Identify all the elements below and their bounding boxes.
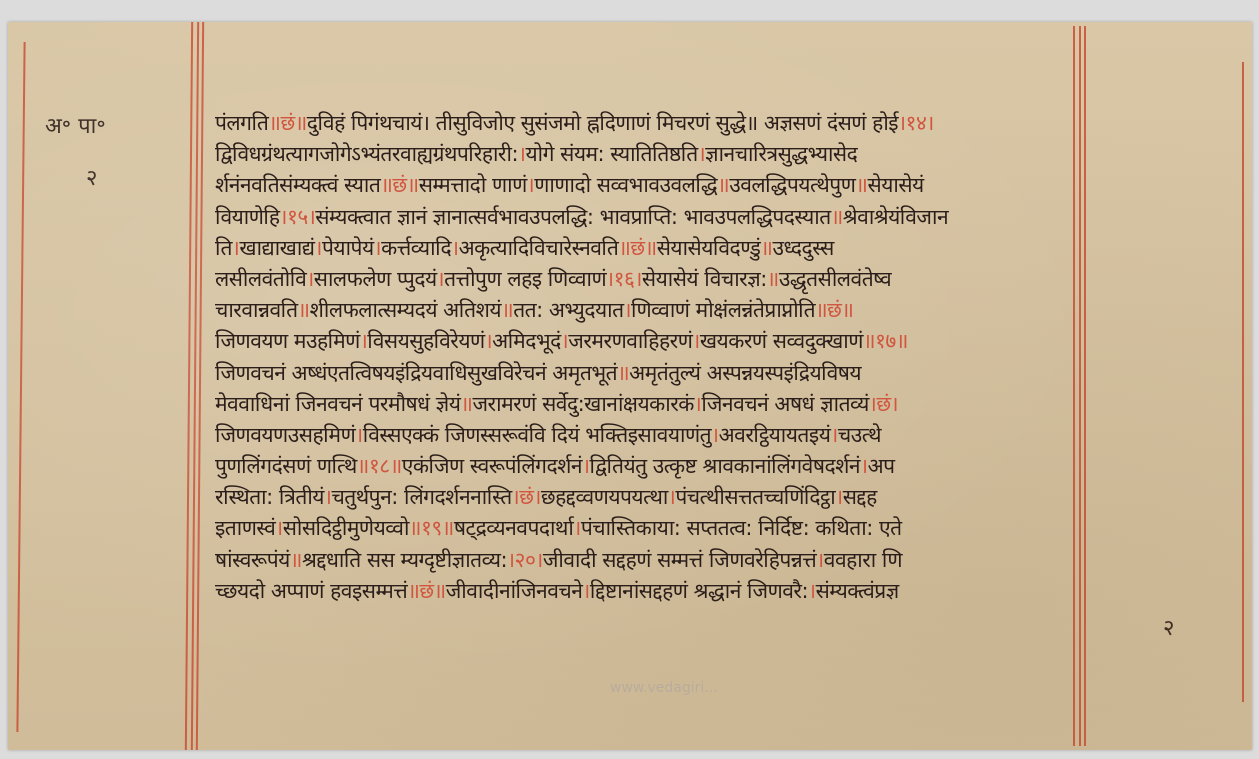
manuscript-line: र्शनंनवतिसंम्यक्त्वं स्यात॥छं॥सम्मत्तादो… <box>215 170 1080 201</box>
text-segment: पंचत्थीसत्ततच्चणिंदिट्ठा <box>675 485 835 509</box>
text-segment: छहद्दव्वणयपयत्था <box>541 485 668 509</box>
red-ink-segment: ।छं। <box>869 392 898 416</box>
text-segment: र्शनंनवतिसंम्यक्त्वं स्यात <box>215 173 380 197</box>
red-ink-segment: ॥छं॥ <box>815 298 853 322</box>
text-segment: जीवादीनांजिनवचने <box>446 579 583 603</box>
left-margin-folio-number: २ <box>86 162 97 192</box>
red-ink-segment: ॥१७॥ <box>863 329 908 353</box>
text-segment: विस्सएक्कं जिणस्सरूवंवि दियं भक्तिइसावया… <box>363 423 711 447</box>
text-segment: खाद्याखाद्यं <box>239 236 314 260</box>
text-segment: इताणस्वं <box>215 516 275 540</box>
text-segment: विसयसुहविरेयणं <box>367 329 484 353</box>
red-ink-segment: । <box>860 454 867 478</box>
text-segment: पेयापेयं <box>322 236 374 260</box>
text-segment: जिणवचनं अष्धंएतत्विषयइंद्रियवाधिसुखविरेच… <box>215 361 617 385</box>
text-segment: सद्दह <box>843 485 877 509</box>
text-segment: संम्यक्त्वंप्रज्ञ <box>816 579 899 603</box>
text-segment: वियाणेहि <box>215 205 280 229</box>
red-ink-segment: । <box>835 485 842 509</box>
text-segment: दुविहं पिगंथचायं। तीसुविजोए सुसंजमो ह्नद… <box>307 111 898 135</box>
text-segment: लसीलवंतोवि <box>215 267 306 291</box>
text-segment: उवलद्धिपयत्थेपुण <box>729 173 855 197</box>
text-segment: सेयासेयं विचारज्ञ: <box>642 267 767 291</box>
text-segment: श्रेवाश्रेयंविजान <box>843 205 948 229</box>
red-ink-segment: ॥ <box>717 173 729 197</box>
text-segment: चारवान्नवति <box>215 298 298 322</box>
red-ink-segment: ॥ <box>831 205 843 229</box>
manuscript-text-block: पंलगति॥छं॥दुविहं पिगंथचायं। तीसुविजोए सु… <box>215 108 1080 607</box>
red-ink-segment: । <box>518 142 525 166</box>
red-ink-segment: ।१४। <box>898 111 934 135</box>
text-segment: द्विविधग्रंथत्यागजोगेऽभ्यंतरवाह्यग्रंथपर… <box>215 142 518 166</box>
red-ink-segment: । <box>582 454 589 478</box>
outer-right-rule <box>1242 62 1244 702</box>
red-ink-segment: ॥ <box>760 236 772 260</box>
text-segment: एकंजिण स्वरूपंलिंगदर्शनं <box>402 454 582 478</box>
red-ink-segment: ॥ <box>617 361 629 385</box>
text-segment: अवरट्ठियायतइयं <box>719 423 831 447</box>
red-ink-segment: । <box>711 423 718 447</box>
text-segment: ववहारा णि <box>824 548 902 572</box>
red-ink-segment: ।१५। <box>280 205 316 229</box>
text-segment: उध्ददुस्स <box>773 236 834 260</box>
text-segment: श्रद्दधाति सस म्यग्दृष्टीज्ञातव्य: <box>302 548 507 572</box>
text-segment: ति <box>215 236 232 260</box>
text-segment: ज्ञानचारित्रसुद्धभ्यासेद <box>705 142 857 166</box>
text-segment: पुणलिंगदंसणं णत्थि <box>215 454 357 478</box>
text-segment: षट्द्रव्यनवपदार्था <box>454 516 573 540</box>
right-margin-folio-number: २ <box>1163 612 1174 642</box>
manuscript-line: चारवान्नवति॥शीलफलात्सम्यदयं अतिशयं॥तत: अ… <box>215 295 1080 326</box>
red-ink-segment: ॥ <box>501 298 513 322</box>
red-ink-segment: ॥१८॥ <box>357 454 402 478</box>
left-margin-abbrev: अ॰ पा॰ <box>45 110 106 140</box>
text-segment: अमृतंतुल्यं अस्पन्नयस्पइंद्रियविषय <box>629 361 861 385</box>
red-ink-segment: । <box>830 423 837 447</box>
text-segment: अमिदभूदं <box>492 329 561 353</box>
red-ink-segment: ।छं। <box>512 485 541 509</box>
red-ink-segment: । <box>692 329 699 353</box>
text-segment: उद्धृतसीलवंतेष्व <box>779 267 891 291</box>
manuscript-line: द्विविधग्रंथत्यागजोगेऽभ्यंतरवाह्यग्रंथपर… <box>215 139 1080 170</box>
red-ink-segment: ॥छं॥ <box>407 579 445 603</box>
text-segment: जरामरणं सर्वेदु:खानांक्षयकारकं <box>472 392 693 416</box>
manuscript-line: वियाणेहि।१५।संम्यक्त्वात ज्ञानं ज्ञानात्… <box>215 202 1080 233</box>
text-segment: मेववाधिनां जिनवचनं परमौषधं ज्ञेयं <box>215 392 460 416</box>
red-ink-segment: । <box>816 548 823 572</box>
red-ink-segment: ॥ <box>298 298 310 322</box>
outer-left-rule <box>16 42 25 732</box>
text-segment: पंलगति <box>215 111 268 135</box>
watermark: www.vedagiri... <box>610 680 718 696</box>
text-segment: चउत्थे <box>838 423 881 447</box>
text-segment: अकृत्यादिविचारेस्नवति <box>459 236 619 260</box>
red-ink-segment: ॥ <box>767 267 779 291</box>
text-segment: तत: अभ्युदयात <box>513 298 623 322</box>
text-segment: अप <box>868 454 895 478</box>
text-segment: शीलफलात्सम्यदयं अतिशयं <box>310 298 501 322</box>
red-ink-segment: । <box>808 579 815 603</box>
left-double-rule-a <box>185 22 193 750</box>
manuscript-line: जिणवयण मउहमिणं।विसयसुहविरेयणं।अमिदभूदं।ज… <box>215 326 1080 357</box>
manuscript-line: जिणवचनं अष्धंएतत्विषयइंद्रियवाधिसुखविरेच… <box>215 358 1080 389</box>
text-segment: चतुर्थपुन: लिंगदर्शननास्ति <box>331 485 511 509</box>
text-segment: जिणवयण मउहमिणं <box>215 329 360 353</box>
red-ink-segment: । <box>315 236 322 260</box>
red-ink-segment: । <box>573 516 580 540</box>
text-segment: णाणादो सव्वभावउवलद्धि <box>534 173 717 197</box>
text-segment: सेयासेयं <box>868 173 924 197</box>
manuscript-line: जिणवयणउसहमिणं।विस्सएक्कं जिणस्सरूवंवि दि… <box>215 420 1080 451</box>
red-ink-segment: ॥छं॥ <box>618 236 656 260</box>
red-ink-segment: ॥ <box>460 392 472 416</box>
manuscript-line: पंलगति॥छं॥दुविहं पिगंथचायं। तीसुविजोए सु… <box>215 108 1080 139</box>
text-segment: जरमरणवाहिहरणं <box>568 329 692 353</box>
text-segment: संम्यक्त्वात ज्ञानं ज्ञानात्सर्वभावउपलद्… <box>315 205 830 229</box>
left-double-rule-b <box>191 22 199 750</box>
text-segment: जिणवयणउसहमिणं <box>215 423 355 447</box>
red-ink-segment: । <box>275 516 282 540</box>
text-segment: जिनवचनं अषधं ज्ञातव्यं <box>701 392 869 416</box>
text-segment: षांस्वरूपंयं <box>215 548 290 572</box>
red-ink-segment: ॥ <box>290 548 302 572</box>
red-ink-segment: ॥१९॥ <box>409 516 454 540</box>
text-segment: द्दिष्टानांसद्दहणं श्रद्धानं जिणवरै: <box>590 579 808 603</box>
text-segment: जीवादी सद्दहणं सम्मत्तं जिणवरेहिपन्नत्तं <box>543 548 816 572</box>
red-ink-segment: । <box>582 579 589 603</box>
manuscript-line: मेववाधिनां जिनवचनं परमौषधं ज्ञेयं॥जरामरण… <box>215 389 1080 420</box>
red-ink-segment: । <box>306 267 313 291</box>
text-segment: तत्तोपुण लहइ णिव्वाणं <box>444 267 606 291</box>
text-segment: कर्त्तव्यादि <box>381 236 451 260</box>
text-segment: पंचास्तिकाया: सप्ततत्व: निर्दिष्ट: कथिता… <box>581 516 902 540</box>
manuscript-line: षांस्वरूपंयं॥श्रद्दधाति सस म्यग्दृष्टीज्… <box>215 545 1080 576</box>
text-segment: सम्मत्तादो णाणं <box>419 173 527 197</box>
red-ink-segment: ॥ <box>855 173 867 197</box>
red-ink-segment: । <box>451 236 458 260</box>
text-segment: द्वितियंतु उत्कृष्ट श्रावकानांलिंगवेषदर्… <box>590 454 861 478</box>
manuscript-line: रस्थिता: त्रितीयं।चतुर्थपुन: लिंगदर्शनना… <box>215 482 1080 513</box>
text-segment: रस्थिता: त्रितीयं <box>215 485 324 509</box>
manuscript-line: च्छयदो अप्पाणं हवइसम्मत्तं॥छं॥जीवादीनांज… <box>215 576 1080 607</box>
red-ink-segment: । <box>355 423 362 447</box>
text-segment: णिव्वाणं मोक्षंलन्नंतेप्राप्नोति <box>631 298 815 322</box>
red-ink-segment: ॥छं॥ <box>380 173 418 197</box>
text-segment: च्छयदो अप्पाणं हवइसम्मत्तं <box>215 579 407 603</box>
text-segment: योगे संयम: स्यातितिष्ठति <box>526 142 698 166</box>
text-segment: सोसदिट्ठीमुणेयव्वो <box>283 516 409 540</box>
manuscript-line: ति।खाद्याखाद्यं।पेयापेयं।कर्त्तव्यादि।अक… <box>215 233 1080 264</box>
red-ink-segment: । <box>624 298 631 322</box>
text-segment: खयकरणं सव्वदुक्खाणं <box>700 329 863 353</box>
manuscript-line: इताणस्वं।सोसदिट्ठीमुणेयव्वो॥१९॥षट्द्रव्य… <box>215 513 1080 544</box>
red-ink-segment: ।१६। <box>606 267 642 291</box>
red-ink-segment: ।२०। <box>507 548 543 572</box>
left-double-rule-c <box>196 22 204 750</box>
text-segment: सेयासेयविदण्डुं <box>657 236 761 260</box>
red-ink-segment: । <box>374 236 381 260</box>
text-segment: सालफलेण प्पुदयं <box>314 267 437 291</box>
manuscript-line: लसीलवंतोवि।सालफलेण प्पुदयं।तत्तोपुण लहइ … <box>215 264 1080 295</box>
right-double-rule-c <box>1084 26 1086 746</box>
red-ink-segment: ॥छं॥ <box>268 111 306 135</box>
manuscript-line: पुणलिंगदंसणं णत्थि॥१८॥एकंजिण स्वरूपंलिंग… <box>215 451 1080 482</box>
